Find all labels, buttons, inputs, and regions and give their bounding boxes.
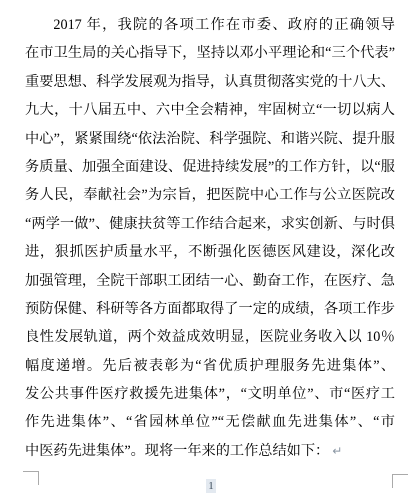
paragraph-line[interactable]: 进，狠抓医护质量水平，不断强化医德医风建设，深化改革， <box>25 238 395 266</box>
paragraph-line[interactable]: 九大，十八届五中、六中全会精神，牢固树立“一切以病人为 <box>25 96 395 124</box>
paragraph-line[interactable]: “两学一做”、健康扶贫等工作结合起来，求实创新、与时俱 <box>25 210 395 238</box>
paragraph-line[interactable]: 在市卫生局的关心指导下，坚持以邓小平理论和“三个代表” <box>25 39 395 67</box>
paragraph-line[interactable]: 务人民，奉献社会”为宗旨，把医院中心工作与公立医院改革、 <box>25 181 395 209</box>
paragraph-line-text: 中医药先进集体”。现将一年来的工作总结如下： <box>25 443 329 459</box>
paragraph-line[interactable]: 幅度递增。先后被表彰为“省优质护理服务先进集体”、市“突 <box>25 352 395 380</box>
paragraph-line[interactable]: 重要思想、科学发展观为指导，认真贯彻落实党的十八大、十 <box>25 68 395 96</box>
paragraph-line[interactable]: 中心”，紧紧围绕“依法治院、科学强院、和谐兴院、提升服 <box>25 125 395 153</box>
text-boundary-mark-left-icon <box>23 471 39 485</box>
paragraph-line[interactable]: 2017 年，我院的各项工作在市委、政府的正确领导下， <box>25 11 395 39</box>
page-number: 1 <box>206 479 216 493</box>
paragraph[interactable]: 2017 年，我院的各项工作在市委、政府的正确领导下， 在市卫生局的关心指导下，… <box>25 11 395 465</box>
paragraph-line[interactable]: 发公共事件医疗救援先进集体”，“文明单位”、市“医疗工 <box>25 380 395 408</box>
text-boundary-mark-right-icon <box>392 474 408 488</box>
paragraph-line[interactable]: 中医药先进集体”。现将一年来的工作总结如下：↵ <box>25 437 395 465</box>
paragraph-line[interactable]: 预防保健、科研等各方面都取得了一定的成绩，各项工作步入 <box>25 295 395 323</box>
paragraph-line[interactable]: 良性发展轨道，两个效益成效明显，医院业务收入以 10％的 <box>25 323 395 351</box>
paragraph-line[interactable]: 务质量、加强全面建设、促进持续发展”的工作方针，以“服 <box>25 153 395 181</box>
document-page: 2017 年，我院的各项工作在市委、政府的正确领导下， 在市卫生局的关心指导下，… <box>0 0 419 493</box>
paragraph-mark-icon: ↵ <box>332 444 342 458</box>
paragraph-line[interactable]: 加强管理，全院干部职工团结一心、勤奋工作，在医疗、急救、 <box>25 267 395 295</box>
paragraph-line[interactable]: 作先进集体”、“省园林单位”“无偿献血先进集体”、“市 <box>25 408 395 436</box>
